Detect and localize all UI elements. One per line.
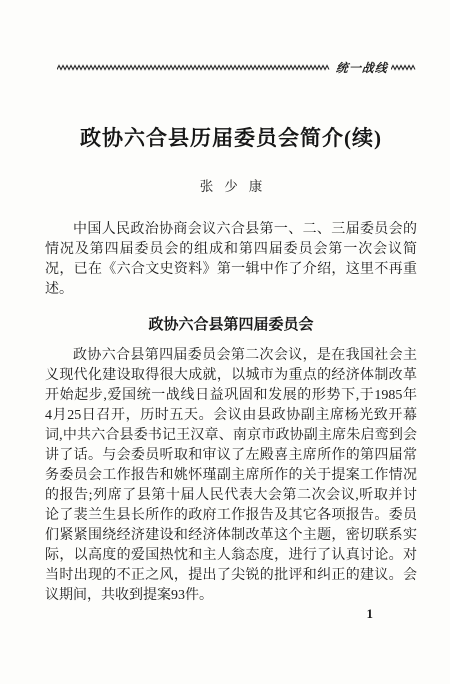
author-name: 张少康 — [45, 178, 417, 196]
text-line: 情况及第四届委员会的组成和第四届委员会第一次会议简 — [45, 240, 417, 260]
text-line: 况，已在《六合文史资料》第一辑中作了介绍，这里不再重 — [45, 260, 417, 280]
intro-paragraph: 中国人民政治协商会议六合县第一、二、三届委员会的情况及第四届委员会的组成和第四届… — [45, 220, 417, 300]
text-line: 开始起步,爱国统一战线日益巩固和发展的形势下,于1985年 — [45, 386, 417, 406]
text-line: 的报告;列席了县第十届人民代表大会第二次会议,听取并讨 — [45, 486, 417, 506]
page-number: 1 — [45, 606, 417, 622]
text-line: 际，以高度的爱国热忱和主人翁态度，进行了认真讨论。对 — [45, 546, 417, 566]
article-title: 政协六合县历届委员会简介(续) — [45, 124, 417, 152]
running-header: 统一战线 — [57, 62, 417, 72]
text-line: 论了裴兰生县长所作的政府工作报告及其它各项报告。委员 — [45, 506, 417, 526]
text-line: 述。 — [45, 280, 417, 300]
text-line: 词,中共六合县委书记王汉章、南京市政协副主席朱启鸾到会 — [45, 426, 417, 446]
section-heading: 政协六合县第四届委员会 — [45, 316, 417, 334]
text-line: 4月25日召开，历时五天。会议由县政协副主席杨光致开幕 — [45, 406, 417, 426]
text-line: 们紧紧围绕经济建设和经济体制改革这个主题，密切联系实 — [45, 526, 417, 546]
text-line: 议期间，共收到提案93件。 — [45, 586, 417, 606]
text-line: 义现代化建设取得很大成就，以城市为重点的经济体制改革 — [45, 366, 417, 386]
document-page: 统一战线 政协六合县历届委员会简介(续) 张少康 中国人民政治协商会议六合县第一… — [0, 0, 450, 684]
text-line: 中国人民政治协商会议六合县第一、二、三届委员会的 — [45, 220, 417, 240]
text-line: 当时出现的不正之风，提出了尖锐的批评和纠正的建议。会 — [45, 566, 417, 586]
header-section-label: 统一战线 — [335, 59, 389, 76]
wavy-rule-right-icon — [391, 64, 417, 71]
wavy-rule-left-icon — [57, 64, 333, 71]
text-line: 务委员会工作报告和姚怀瑾副主席所作的关于提案工作情况 — [45, 466, 417, 486]
text-line: 政协六合县第四届委员会第二次会议，是在我国社会主 — [45, 346, 417, 366]
body-paragraph: 政协六合县第四届委员会第二次会议，是在我国社会主义现代化建设取得很大成就，以城市… — [45, 346, 417, 606]
text-line: 讲了话。与会委员听取和审议了左殿喜主席所作的第四届常 — [45, 446, 417, 466]
